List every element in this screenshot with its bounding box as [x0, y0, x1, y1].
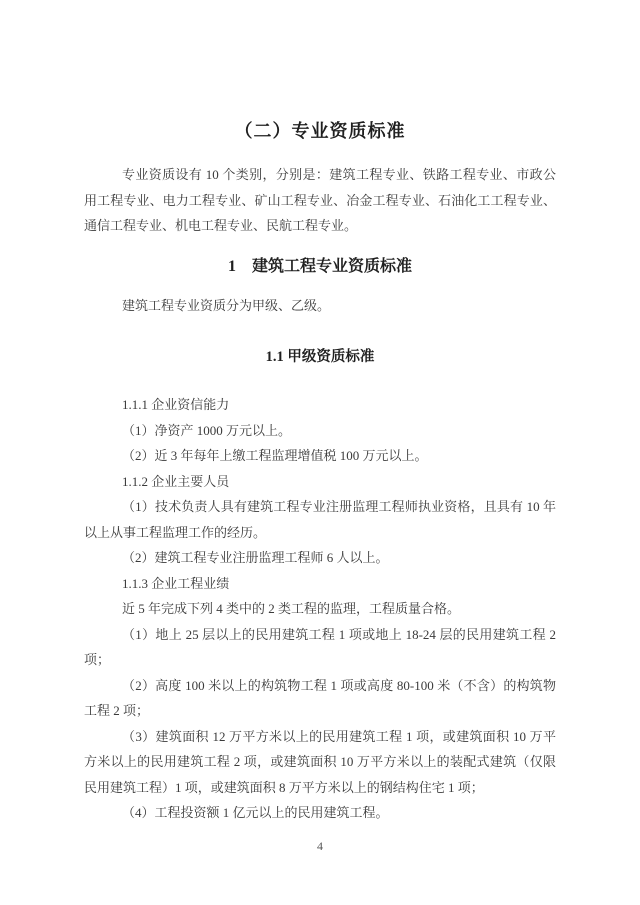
section-lead-paragraph: 建筑工程专业资质分为甲级、乙级。 — [84, 293, 556, 319]
clause-1-1-1-heading: 1.1.1 企业资信能力 — [84, 392, 556, 418]
clause-1-1-3-item-2: （2）高度 100 米以上的构筑物工程 1 项或高度 80-100 米（不含）的… — [84, 673, 556, 724]
clause-1-1-3-heading: 1.1.3 企业工程业绩 — [84, 571, 556, 597]
clause-list: 1.1.1 企业资信能力 （1）净资产 1000 万元以上。 （2）近 3 年每… — [84, 392, 556, 826]
clause-1-1-1-item-2: （2）近 3 年每年上缴工程监理增值税 100 万元以上。 — [84, 443, 556, 469]
clause-1-1-3-item-3: （3）建筑面积 12 万平方米以上的民用建筑工程 1 项，或建筑面积 10 万平… — [84, 724, 556, 801]
document-page: （二）专业资质标准 专业资质设有 10 个类别，分别是：建筑工程专业、铁路工程专… — [0, 0, 640, 905]
clause-1-1-3-item-1: （1）地上 25 层以上的民用建筑工程 1 项或地上 18-24 层的民用建筑工… — [84, 622, 556, 673]
page-number: 4 — [0, 839, 640, 854]
clause-1-1-3-lead: 近 5 年完成下列 4 类中的 2 类工程的监理，工程质量合格。 — [84, 596, 556, 622]
clause-1-1-1-item-1: （1）净资产 1000 万元以上。 — [84, 418, 556, 444]
page-title: （二）专业资质标准 — [84, 119, 556, 143]
section-heading: 1 建筑工程专业资质标准 — [84, 255, 556, 279]
clause-1-1-2-item-2: （2）建筑工程专业注册监理工程师 6 人以上。 — [84, 545, 556, 571]
clause-1-1-3-item-4: （4）工程投资额 1 亿元以上的民用建筑工程。 — [84, 800, 556, 826]
intro-paragraph: 专业资质设有 10 个类别，分别是：建筑工程专业、铁路工程专业、市政公用工程专业… — [84, 162, 556, 239]
clause-1-1-2-heading: 1.1.2 企业主要人员 — [84, 469, 556, 495]
clause-1-1-2-item-1: （1）技术负责人具有建筑工程专业注册监理工程师执业资格，且具有 10 年以上从事… — [84, 494, 556, 545]
subsection-heading: 1.1 甲级资质标准 — [84, 346, 556, 368]
